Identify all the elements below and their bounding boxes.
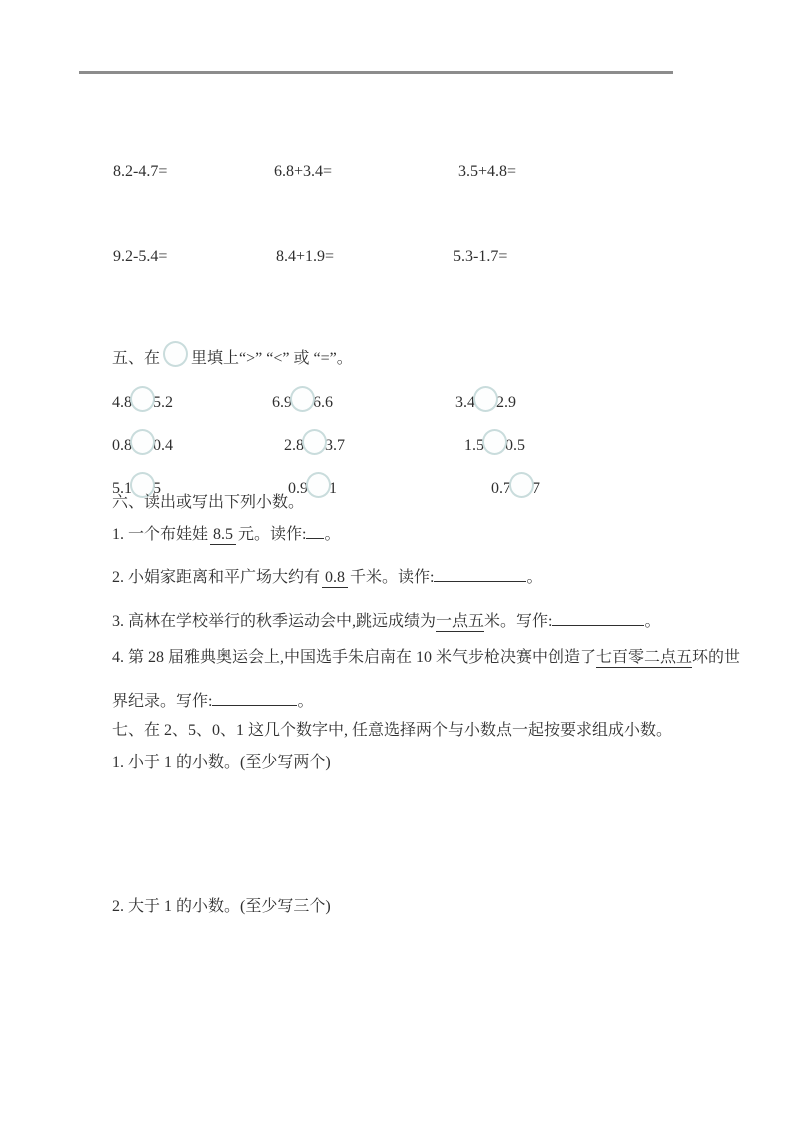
answer-blank xyxy=(552,609,644,626)
comparison-problem: 1.50.5 xyxy=(464,424,525,456)
comparison-left-value: 2.8 xyxy=(284,437,304,454)
comparison-left-value: 1.5 xyxy=(464,437,484,454)
answer-blank xyxy=(434,565,526,582)
section-seven-title: 七、在 2、5、0、1 这几个数字中, 任意选择两个与小数点一起按要求组成小数。 xyxy=(112,721,672,741)
comparison-circle xyxy=(130,429,155,455)
empty-circle-icon xyxy=(163,341,188,367)
header-rule xyxy=(79,71,673,74)
underlined-value: 0.8 xyxy=(322,569,348,588)
comparison-circle xyxy=(130,386,155,412)
comparison-right-value: 6.6 xyxy=(313,394,333,411)
section-six-title: 六、读出或写出下列小数。 xyxy=(112,493,304,513)
section-five-title-prefix: 五、在 xyxy=(112,350,160,367)
comparison-problem: 2.83.7 xyxy=(284,424,345,456)
compose-decimal-item: 1. 小于 1 的小数。(至少写两个) xyxy=(112,753,331,773)
comparison-left-value: 0.8 xyxy=(112,437,132,454)
comparison-circle xyxy=(306,472,331,498)
comparison-left-value: 6.9 xyxy=(272,394,292,411)
arithmetic-problem: 9.2-5.4= xyxy=(113,247,167,267)
item-text: 。 xyxy=(644,613,660,630)
underlined-value: 七百零二点五 xyxy=(596,649,692,668)
comparison-circle xyxy=(482,429,507,455)
read-write-item: 3. 高林在学校举行的秋季运动会中,跳远成绩为一点五米。写作:。 xyxy=(112,609,661,632)
arithmetic-problem: 5.3-1.7= xyxy=(453,247,507,267)
arithmetic-problem: 6.8+3.4= xyxy=(274,162,332,182)
comparison-right-value: 3.7 xyxy=(325,437,345,454)
item-text: 千米。读作: xyxy=(350,569,434,586)
item-text: 元。读作: xyxy=(238,526,306,543)
read-write-item-continuation: 界纪录。写作:。 xyxy=(112,689,313,712)
comparison-right-value: 2.9 xyxy=(496,394,516,411)
comparison-right-value: 5.2 xyxy=(153,394,173,411)
arithmetic-problem: 8.4+1.9= xyxy=(276,247,334,267)
item-text: 。 xyxy=(324,526,340,543)
arithmetic-problem: 8.2-4.7= xyxy=(113,162,167,182)
item-text: 4. 第 28 届雅典奥运会上,中国选手朱启南在 10 米气步枪决赛中创造了 xyxy=(112,649,596,666)
comparison-circle xyxy=(290,386,315,412)
item-text: 界纪录。写作: xyxy=(112,693,212,710)
answer-blank xyxy=(212,689,297,706)
underlined-value: 一点五 xyxy=(436,613,484,632)
comparison-right-value: 0.5 xyxy=(505,437,525,454)
comparison-left-value: 4.8 xyxy=(112,394,132,411)
read-write-item: 4. 第 28 届雅典奥运会上,中国选手朱启南在 10 米气步枪决赛中创造了七百… xyxy=(112,648,740,668)
comparison-left-value: 0.7 xyxy=(491,480,511,497)
item-text: 2. 小娟家距离和平广场大约有 xyxy=(112,569,320,586)
section-five-title-suffix: 里填上“>” “<” 或 “=”。 xyxy=(191,350,353,367)
worksheet-page: 8.2-4.7= 6.8+3.4= 3.5+4.8= 9.2-5.4= 8.4+… xyxy=(0,0,793,1122)
comparison-circle xyxy=(509,472,534,498)
read-write-item: 1. 一个布娃娃8.5元。读作:。 xyxy=(112,522,340,545)
comparison-problem: 0.80.4 xyxy=(112,424,173,456)
item-text: 环的世 xyxy=(692,649,740,666)
comparison-circle xyxy=(302,429,327,455)
underlined-value: 8.5 xyxy=(210,526,236,545)
section-five-title: 五、在里填上“>” “<” 或 “=”。 xyxy=(112,337,353,369)
comparison-problem: 3.42.9 xyxy=(455,381,516,413)
item-text: 3. 高林在学校举行的秋季运动会中,跳远成绩为 xyxy=(112,613,436,630)
read-write-item: 2. 小娟家距离和平广场大约有0.8千米。读作:。 xyxy=(112,565,542,588)
item-text: 米。写作: xyxy=(484,613,552,630)
comparison-circle xyxy=(473,386,498,412)
comparison-problem: 6.96.6 xyxy=(272,381,333,413)
comparison-problem: 0.77 xyxy=(491,467,540,499)
item-text: 。 xyxy=(297,693,313,710)
comparison-right-value: 0.4 xyxy=(153,437,173,454)
item-text: 1. 一个布娃娃 xyxy=(112,526,208,543)
answer-blank xyxy=(306,522,324,539)
item-text: 。 xyxy=(526,569,542,586)
comparison-left-value: 3.4 xyxy=(455,394,475,411)
compose-decimal-item: 2. 大于 1 的小数。(至少写三个) xyxy=(112,897,331,917)
arithmetic-problem: 3.5+4.8= xyxy=(458,162,516,182)
comparison-problem: 4.85.2 xyxy=(112,381,173,413)
